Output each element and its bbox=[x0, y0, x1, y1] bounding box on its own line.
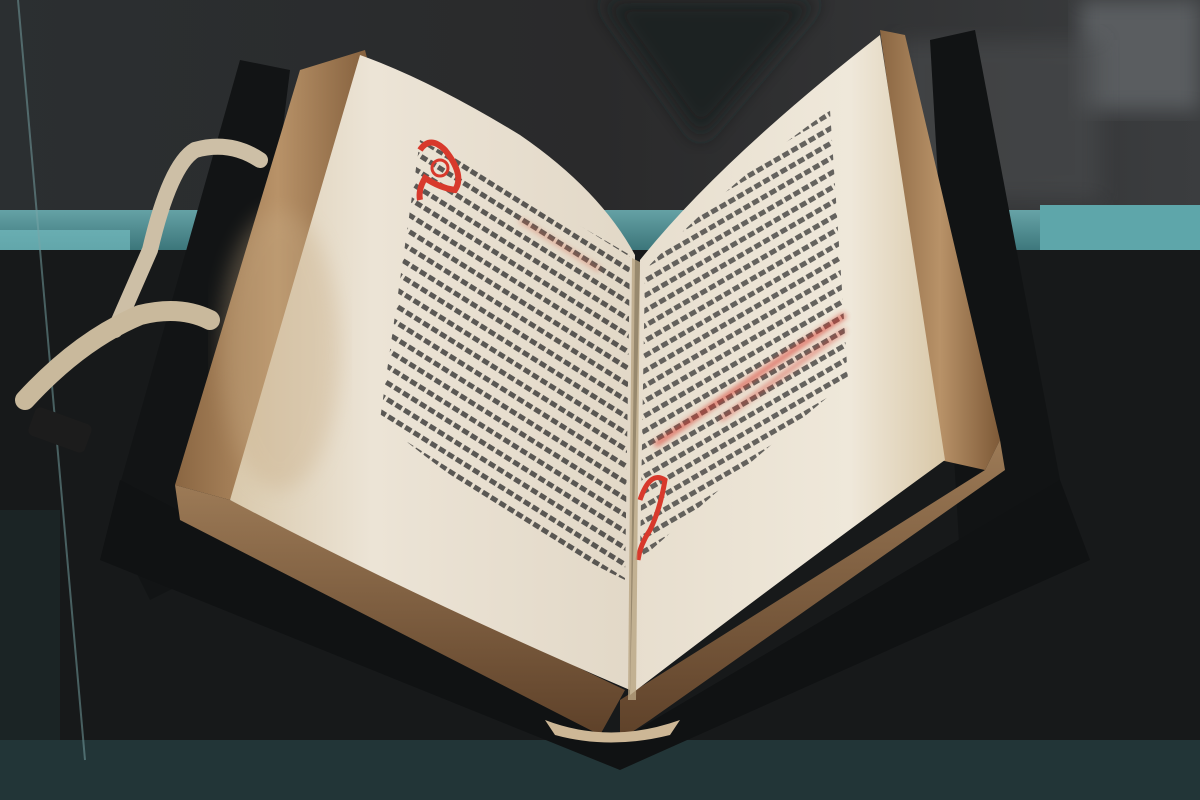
book-photo bbox=[0, 0, 1200, 800]
photo-scene bbox=[0, 0, 1200, 800]
